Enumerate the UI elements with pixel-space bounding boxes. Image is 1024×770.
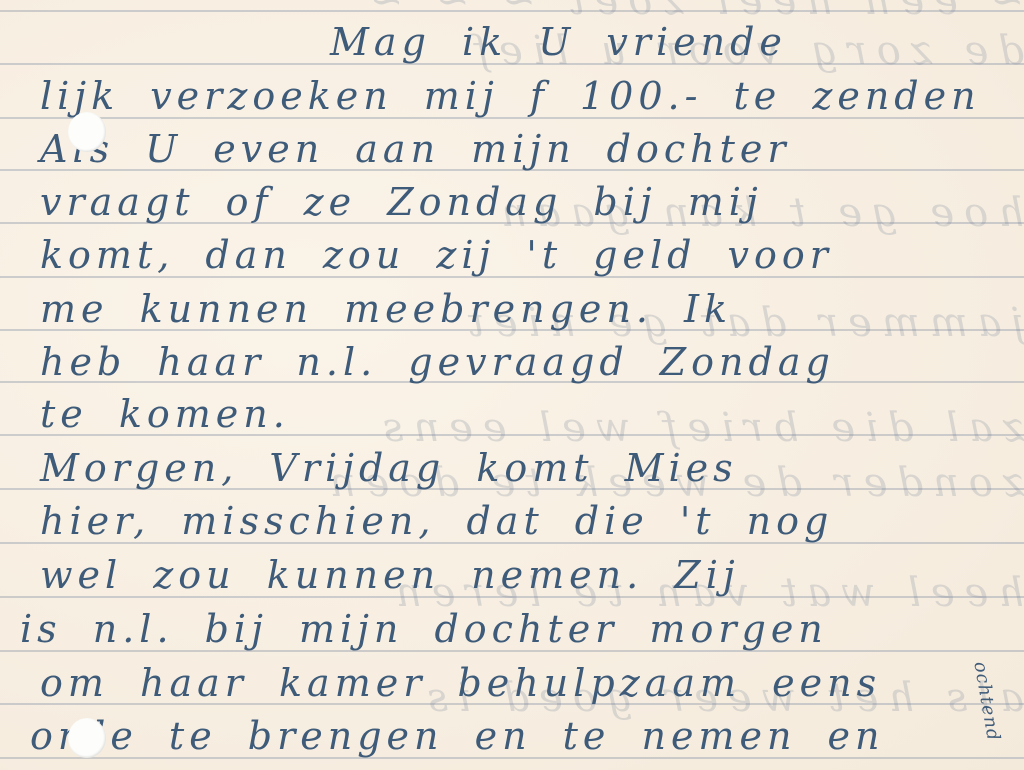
letter-line-7: heb haar n.l. gevraagd Zondag: [40, 340, 835, 384]
punch-hole: [68, 112, 106, 152]
letter-line-9: Morgen, Vrijdag komt Mies: [40, 446, 738, 490]
letter-line-4: vraagt of ze Zondag bij mij: [40, 180, 763, 224]
punch-hole: [68, 718, 106, 758]
letter-line-2: lijk verzoeken mij f 100.- te zenden: [40, 74, 981, 118]
letter-line-14: orde te brengen en te nemen en: [30, 714, 884, 758]
letter-line-8: te komen.: [40, 392, 290, 436]
letter-line-1: Mag ik U vriende: [330, 20, 787, 64]
letter-line-13: om haar kamer behulpzaam eens: [40, 661, 881, 705]
letter-line-12: is n.l. bij mijn dochter morgen: [20, 607, 828, 651]
letter-line-10: hier, misschien, dat die 't nog: [40, 499, 833, 543]
letter-line-5: komt, dan zou zij 't geld voor: [40, 233, 833, 277]
letter-line-6: me kunnen meebrengen. Ik: [40, 287, 732, 331]
letter-line-3: Als U even aan mijn dochter: [40, 127, 791, 171]
letter-line-11: wel zou kunnen nemen. Zij: [40, 553, 740, 597]
